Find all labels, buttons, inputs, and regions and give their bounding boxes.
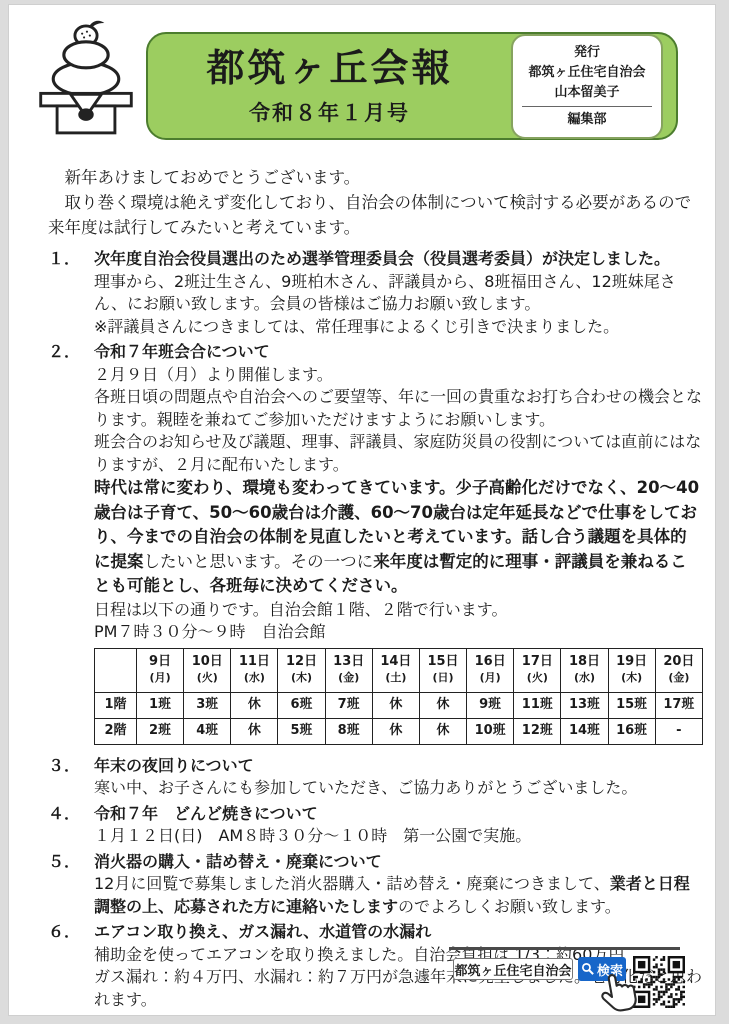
section-paragraph: 理事から、2班辻生さん、9班柏木さん、評議員から、8班福田さん、12班妹尾さん、… bbox=[94, 271, 703, 316]
section-paragraph: １月１２日(日) AM８時３０分～１０時 第一公園で実施。 bbox=[94, 825, 703, 848]
section-number: ６． bbox=[48, 921, 94, 1011]
section-paragraph: ２月９日（月）より開催します。 bbox=[94, 364, 703, 387]
schedule-day-header: 10日(火) bbox=[184, 648, 231, 692]
publisher-org: 都筑ヶ丘住宅自治会 bbox=[516, 63, 658, 83]
section-2: ２． 令和７年班会合について ２月９日（月）より開催します。 各班日頃の問題点や… bbox=[48, 341, 703, 752]
schedule-cell: 15班 bbox=[608, 692, 655, 718]
newsletter-title: 都筑ヶ丘会報 bbox=[148, 47, 511, 90]
section-number: ４． bbox=[48, 803, 94, 848]
footer-divider bbox=[449, 947, 680, 950]
schedule-day-header: 12日(木) bbox=[278, 648, 325, 692]
section-number: ２． bbox=[48, 341, 94, 752]
schedule-cell: 12班 bbox=[514, 718, 561, 744]
section-number: １． bbox=[48, 248, 94, 338]
schedule-cell: 11班 bbox=[514, 692, 561, 718]
kagami-mochi-illustration bbox=[33, 17, 139, 137]
schedule-day-header: 17日(火) bbox=[514, 648, 561, 692]
newsletter-header: 都筑ヶ丘会報 令和８年１月号 発行 都筑ヶ丘住宅自治会 山本留美子 編集部 bbox=[9, 5, 715, 153]
schedule-cell: 13班 bbox=[561, 692, 608, 718]
section-3: ３． 年末の夜回りについて 寒い中、お子さんにも参加していただき、ご協力ありがと… bbox=[48, 755, 703, 800]
section-title: エアコン取り換え、ガス漏れ、水道管の水漏れ bbox=[94, 921, 703, 944]
newsletter-issue: 令和８年１月号 bbox=[148, 97, 511, 127]
section-paragraph: 日程は以下の通りです。自治会館１階、２階で行います。 bbox=[94, 599, 703, 622]
publisher-divider bbox=[522, 106, 652, 107]
section-paragraph: 各班日頃の問題点や自治会へのご要望等、年に一回の貴重なお打ち合わせの機会となりま… bbox=[94, 386, 703, 431]
schedule-cell: 休 bbox=[419, 718, 466, 744]
section-number: ５． bbox=[48, 851, 94, 919]
newsletter-body: 新年あけましておめでとうございます。 取り巻く環境は絶えず変化しており、自治会の… bbox=[9, 165, 715, 1011]
section-paragraph: 寒い中、お子さんにも参加していただき、ご協力ありがとうございました。 bbox=[94, 777, 703, 800]
publisher-dept: 編集部 bbox=[516, 110, 658, 130]
publisher-box: 発行 都筑ヶ丘住宅自治会 山本留美子 編集部 bbox=[511, 34, 663, 139]
schedule-cell: 3班 bbox=[184, 692, 231, 718]
section-paragraph-emphasis: 時代は常に変わり、環境も変わってきています。少子高齢化だけでなく、20～40歳台… bbox=[94, 476, 703, 599]
schedule-cell: 16班 bbox=[608, 718, 655, 744]
schedule-cell: 休 bbox=[372, 718, 419, 744]
schedule-day-header: 18日(水) bbox=[561, 648, 608, 692]
section-title: 消火器の購入・詰め替え・廃棄について bbox=[94, 851, 703, 874]
section-5: ５． 消火器の購入・詰め替え・廃棄について 12月に回覧で募集しました消火器購入… bbox=[48, 851, 703, 919]
section-paragraph: 12月に回覧で募集しました消火器購入・詰め替え・廃棄につきまして、業者と日程調整… bbox=[94, 873, 703, 918]
schedule-cell: 9班 bbox=[467, 692, 514, 718]
section-title: 次年度自治会役員選出のため選挙管理委員会（役員選考委員）が決定しました。 bbox=[94, 248, 703, 271]
schedule-day-header: 11日(水) bbox=[231, 648, 278, 692]
schedule-cell: 休 bbox=[372, 692, 419, 718]
publisher-label: 発行 bbox=[516, 43, 658, 63]
schedule-corner-cell bbox=[95, 648, 137, 692]
section-title: 年末の夜回りについて bbox=[94, 755, 703, 778]
schedule-cell: 休 bbox=[419, 692, 466, 718]
schedule-cell: 7班 bbox=[325, 692, 372, 718]
document-viewer: { "colors": { "green": "#9ccd60", "green… bbox=[0, 0, 729, 1024]
schedule-day-header: 15日(日) bbox=[419, 648, 466, 692]
schedule-header-row: 9日(月)10日(火)11日(水)12日(木)13日(金)14日(土)15日(日… bbox=[95, 648, 703, 692]
hand-pointer-icon bbox=[597, 969, 642, 1016]
schedule-day-header: 9日(月) bbox=[137, 648, 184, 692]
schedule-cell: 2班 bbox=[137, 718, 184, 744]
schedule-cell: 10班 bbox=[467, 718, 514, 744]
schedule-cell: 8班 bbox=[325, 718, 372, 744]
greeting-paragraph: 新年あけましておめでとうございます。 取り巻く環境は絶えず変化しており、自治会の… bbox=[48, 165, 703, 240]
schedule-day-header: 19日(木) bbox=[608, 648, 655, 692]
publisher-person: 山本留美子 bbox=[516, 83, 658, 103]
schedule-row: 1階1班3班休6班7班休休9班11班13班15班17班 bbox=[95, 692, 703, 718]
schedule-cell: 休 bbox=[231, 718, 278, 744]
schedule-cell: 6班 bbox=[278, 692, 325, 718]
schedule-time-note: PM７時３０分～９時 自治会館 bbox=[94, 621, 703, 644]
schedule-floor-cell: 2階 bbox=[95, 718, 137, 744]
greeting-line: 取り巻く環境は絶えず変化しており、自治会の体制について検討する必要があるので来年… bbox=[48, 190, 703, 240]
schedule-cell: 14班 bbox=[561, 718, 608, 744]
qr-code bbox=[633, 956, 685, 1008]
schedule-day-header: 16日(月) bbox=[467, 648, 514, 692]
schedule-cell: 休 bbox=[231, 692, 278, 718]
section-paragraph: 班会合のお知らせ及び議題、理事、評議員、家庭防災員の役割については直前にはなりま… bbox=[94, 431, 703, 476]
schedule-cell: - bbox=[655, 718, 702, 744]
schedule-floor-cell: 1階 bbox=[95, 692, 137, 718]
greeting-line: 新年あけましておめでとうございます。 bbox=[48, 165, 703, 190]
schedule-cell: 1班 bbox=[137, 692, 184, 718]
schedule-row: 2階2班4班休5班8班休休10班12班14班16班- bbox=[95, 718, 703, 744]
section-title: 令和７年 どんど焼きについて bbox=[94, 803, 703, 826]
newsletter-page: 都筑ヶ丘会報 令和８年１月号 発行 都筑ヶ丘住宅自治会 山本留美子 編集部 新年… bbox=[8, 4, 716, 1016]
schedule-day-header: 13日(金) bbox=[325, 648, 372, 692]
magnifier-icon bbox=[581, 962, 595, 976]
title-banner: 都筑ヶ丘会報 令和８年１月号 発行 都筑ヶ丘住宅自治会 山本留美子 編集部 bbox=[146, 32, 678, 140]
search-input[interactable] bbox=[453, 958, 573, 980]
schedule-day-header: 14日(土) bbox=[372, 648, 419, 692]
schedule-day-header: 20日(金) bbox=[655, 648, 702, 692]
schedule-table: 9日(月)10日(火)11日(水)12日(木)13日(金)14日(土)15日(日… bbox=[94, 648, 703, 745]
schedule-cell: 17班 bbox=[655, 692, 702, 718]
schedule-cell: 5班 bbox=[278, 718, 325, 744]
section-title: 令和７年班会合について bbox=[94, 341, 703, 364]
schedule-cell: 4班 bbox=[184, 718, 231, 744]
section-number: ３． bbox=[48, 755, 94, 800]
section-paragraph: ※評議員さんにつきましては、常任理事によるくじ引きで決まりました。 bbox=[94, 316, 703, 339]
section-4: ４． 令和７年 どんど焼きについて １月１２日(日) AM８時３０分～１０時 第… bbox=[48, 803, 703, 848]
section-1: １． 次年度自治会役員選出のため選挙管理委員会（役員選考委員）が決定しました。 … bbox=[48, 248, 703, 338]
title-block: 都筑ヶ丘会報 令和８年１月号 bbox=[148, 45, 511, 127]
